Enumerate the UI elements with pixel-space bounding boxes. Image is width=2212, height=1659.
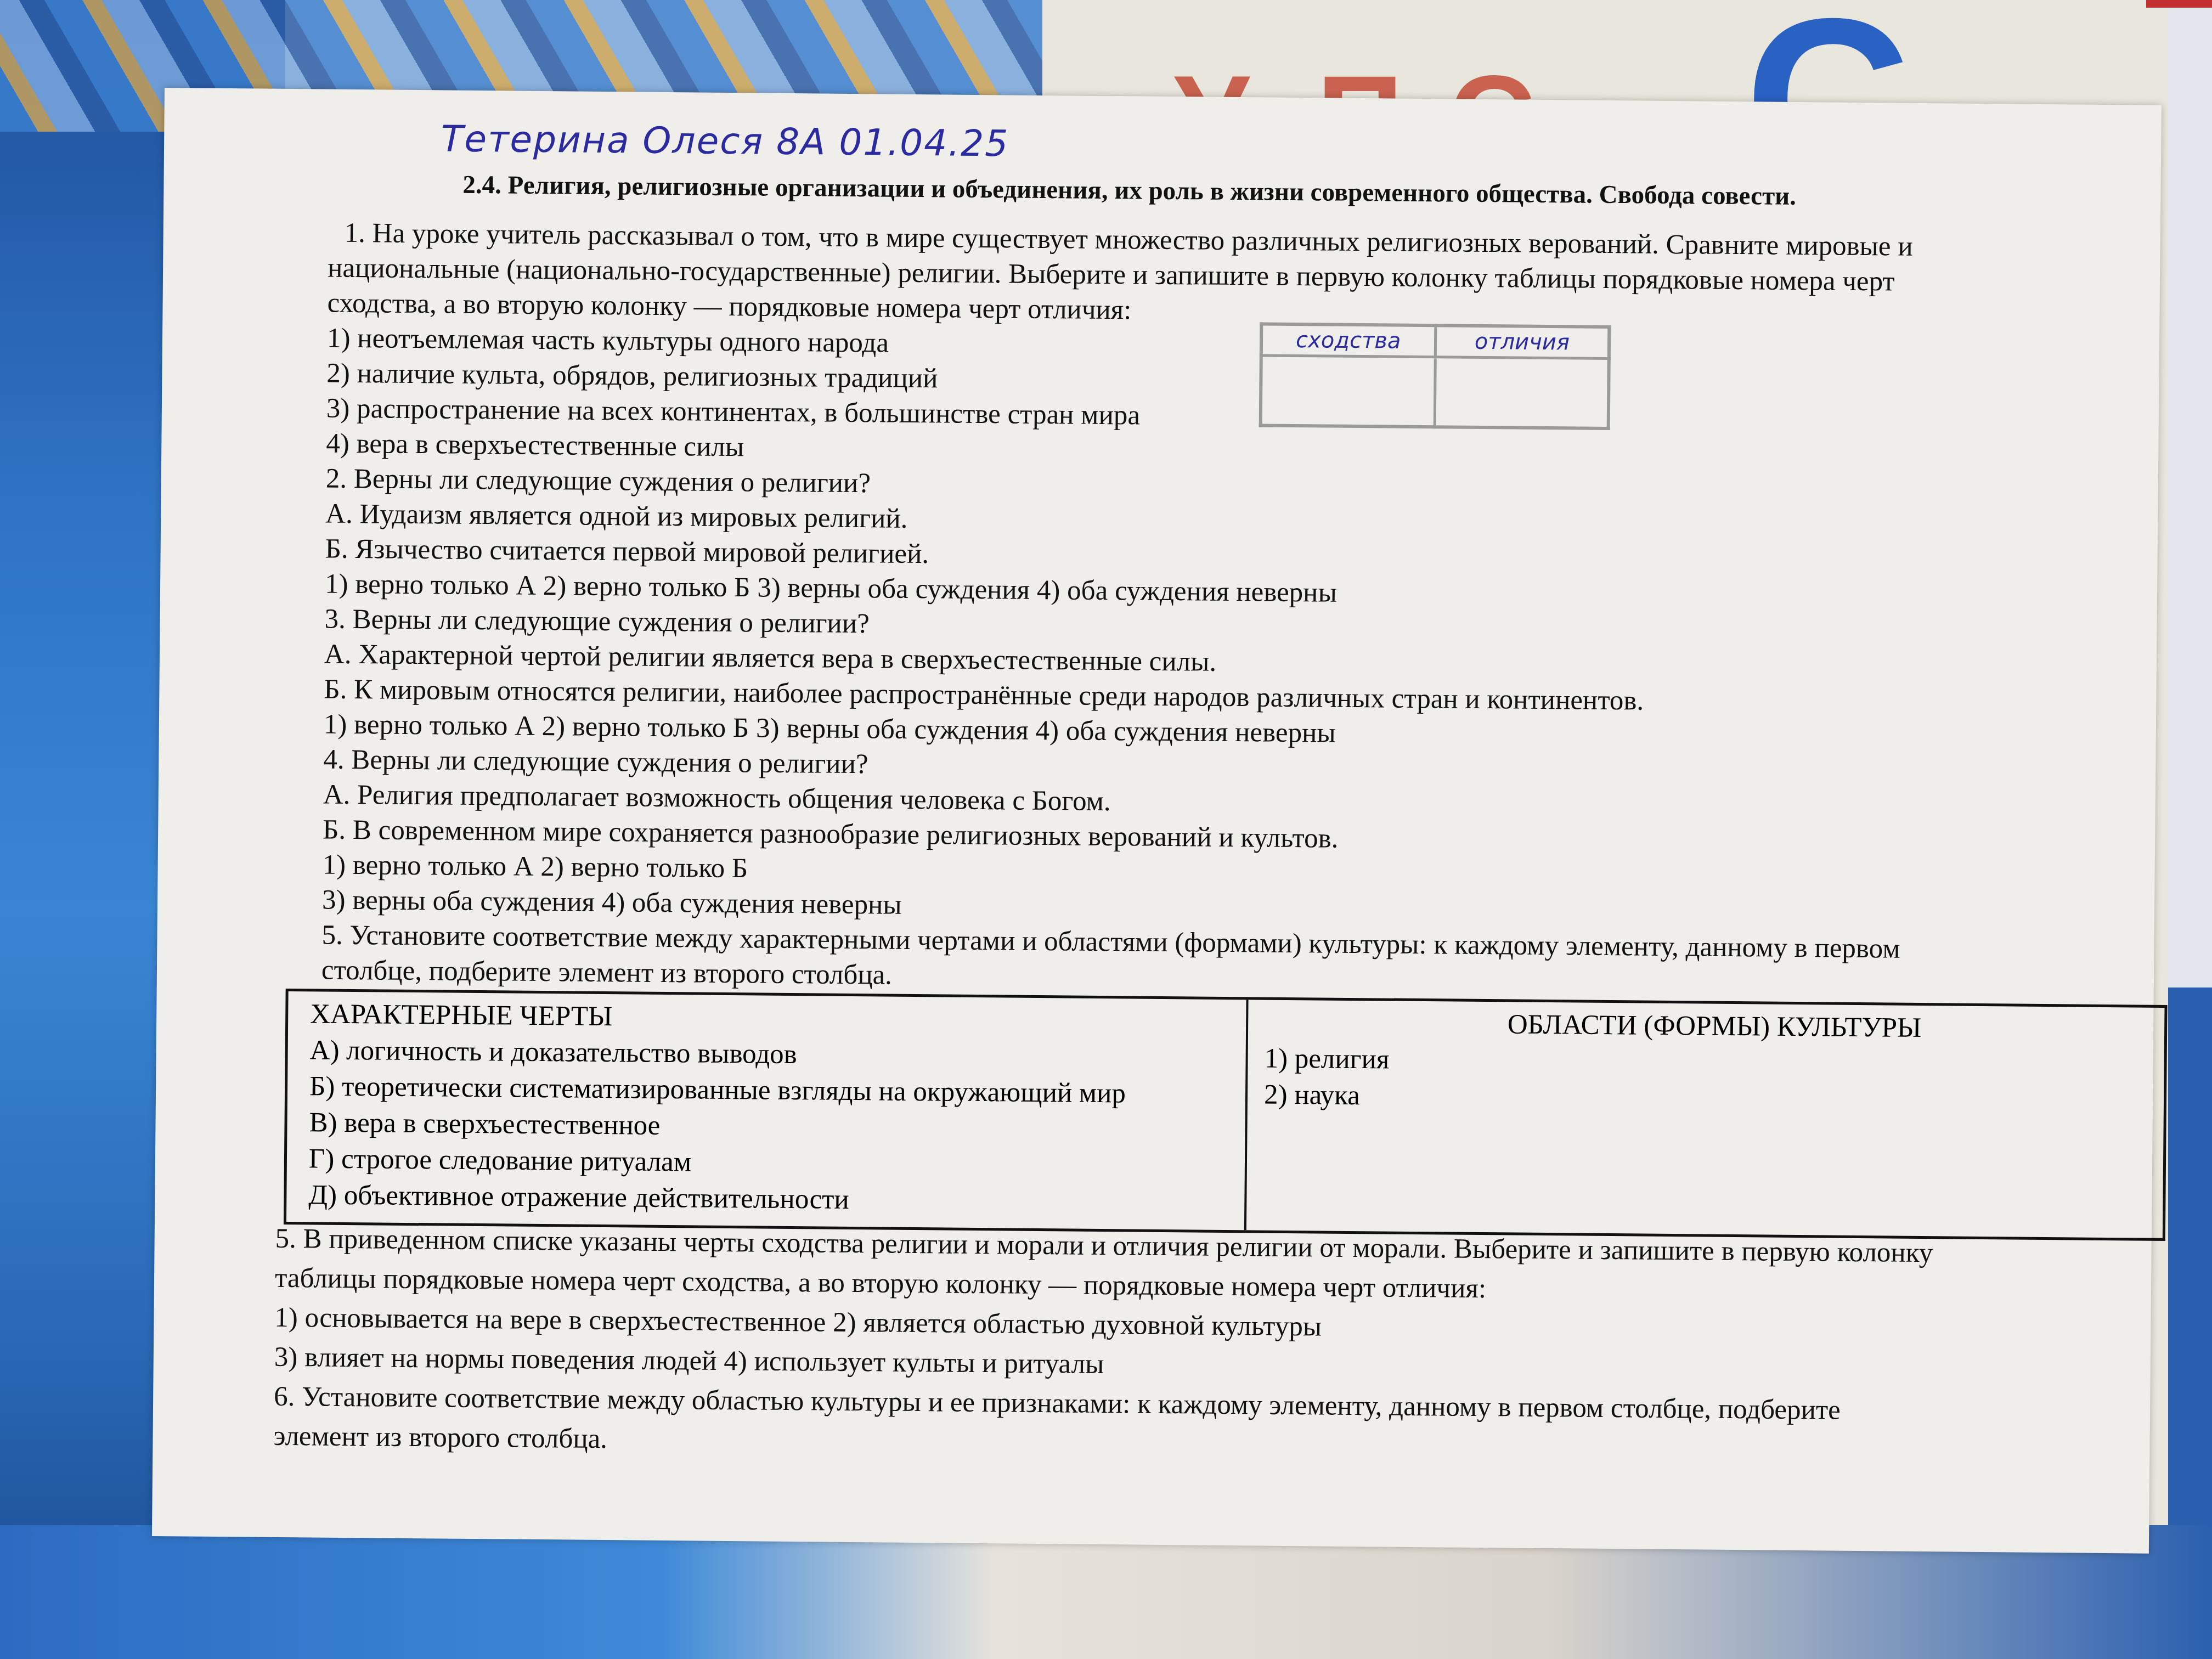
- answer-cell-similarities[interactable]: [1261, 356, 1435, 427]
- background-poster-right-blue: [2168, 988, 2212, 1536]
- worksheet-continuation: 5. В приведенном списке указаны черты сх…: [273, 1219, 2141, 1472]
- culture-area-item: 2) наука: [1264, 1077, 2164, 1121]
- background-red-stripe: [2146, 0, 2212, 8]
- worksheet-title: 2.4. Религия, религиозные организации и …: [462, 170, 1796, 211]
- answer-header-similarities: сходства: [1261, 324, 1435, 357]
- worksheet-body: 1. На уроке учитель рассказывал о том, ч…: [321, 216, 2193, 1005]
- features-column: ХАРАКТЕРНЫЕ ЧЕРТЫ А) логичность и доказа…: [286, 991, 1249, 1230]
- culture-areas-column: ОБЛАСТИ (ФОРМЫ) КУЛЬТУРЫ 1) религия 2) н…: [1246, 1000, 2165, 1238]
- feature-item: Д) объективное отражение действительност…: [308, 1177, 1245, 1221]
- answer-cell-differences[interactable]: [1435, 357, 1609, 428]
- q1-answer-table: сходства отличия: [1259, 322, 1611, 430]
- q5-matching-table: ХАРАКТЕРНЫЕ ЧЕРТЫ А) логичность и доказа…: [284, 989, 2168, 1241]
- worksheet: Тетерина Олеся 8А 01.04.25 2.4. Религия,…: [152, 88, 2162, 1554]
- handwritten-name-date: Тетерина Олеся 8А 01.04.25: [441, 117, 1009, 165]
- answer-header-differences: отличия: [1435, 325, 1609, 358]
